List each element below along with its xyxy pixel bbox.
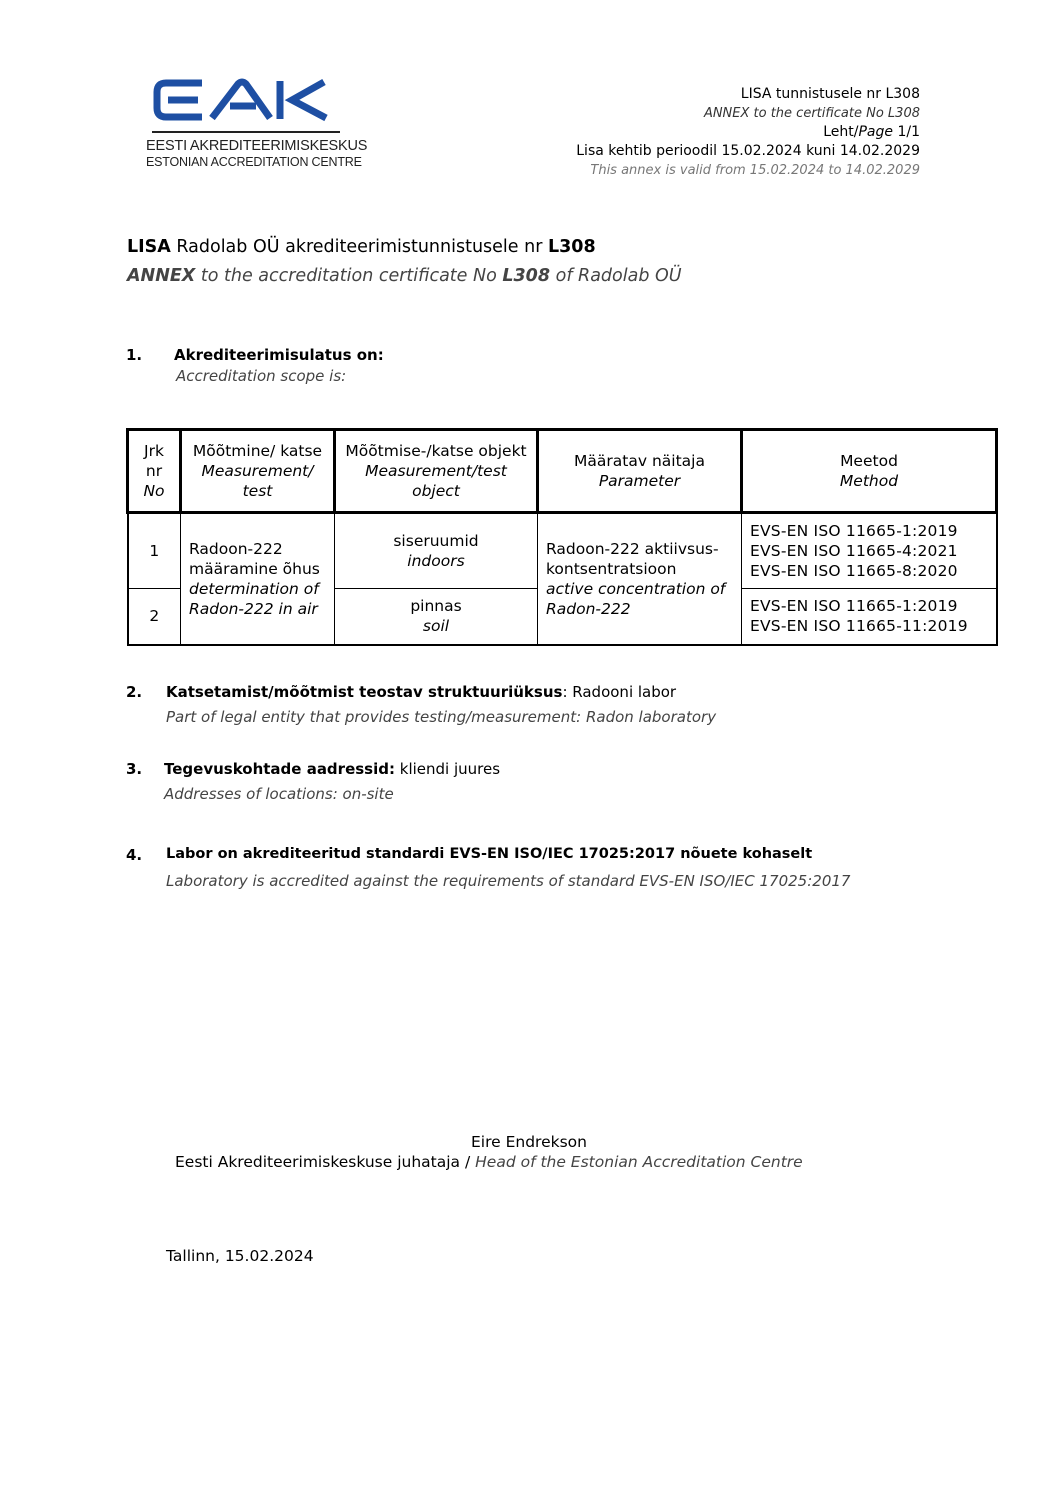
page-indicator: Leht/Page 1/1 xyxy=(576,123,920,142)
section-2-number: 2. xyxy=(126,683,142,701)
section-3-number: 3. xyxy=(126,760,142,778)
table-header-row: Jrk nrNo Mõõtmine/ katseMeasurement/ tes… xyxy=(128,430,997,513)
section-3-subtitle: Addresses of locations: on-site xyxy=(164,785,394,803)
table-row: 1 Radoon-222 määramine õhusdetermination… xyxy=(128,513,997,589)
validity-et: Lisa kehtib perioodil 15.02.2024 kuni 14… xyxy=(576,142,920,161)
section-1-heading: Akrediteerimisulatus on: xyxy=(174,346,384,364)
page-title-en: ANNEX to the accreditation certificate N… xyxy=(127,266,682,286)
logo-name-en: ESTONIAN ACCREDITATION CENTRE xyxy=(146,155,362,169)
validity-en: This annex is valid from 15.02.2024 to 1… xyxy=(576,161,920,180)
row-no: 2 xyxy=(128,589,181,645)
method-cell: EVS-EN ISO 11665-1:2019EVS-EN ISO 11665-… xyxy=(742,513,997,589)
accreditation-scope-table: Jrk nrNo Mõõtmine/ katseMeasurement/ tes… xyxy=(126,428,998,646)
section-4-number: 4. xyxy=(126,846,142,864)
method-cell: EVS-EN ISO 11665-1:2019EVS-EN ISO 11665-… xyxy=(742,589,997,645)
col-header-no: Jrk nrNo xyxy=(128,430,181,513)
measurement-cell: Radoon-222 määramine õhusdetermination o… xyxy=(181,513,335,645)
col-header-object: Mõõtmise-/katse objektMeasurement/test o… xyxy=(335,430,538,513)
signatory-name: Eire Endrekson xyxy=(0,1133,1058,1151)
logo-name-et: EESTI AKREDITEERIMISKESKUS xyxy=(146,138,367,154)
eak-logo: EESTI AKREDITEERIMISKESKUS ESTONIAN ACCR… xyxy=(152,78,352,122)
object-cell: pinnassoil xyxy=(335,589,538,645)
section-2-heading: Katsetamist/mõõtmist teostav struktuuriü… xyxy=(166,683,676,701)
section-1-number: 1. xyxy=(126,346,142,364)
section-4-heading: Labor on akrediteeritud standardi EVS-EN… xyxy=(166,846,812,862)
annex-label-et: LISA tunnistusele nr L308 xyxy=(576,85,920,104)
col-header-measurement: Mõõtmine/ katseMeasurement/ test xyxy=(181,430,335,513)
logo-rule xyxy=(152,131,340,133)
section-3-heading: Tegevuskohtade aadressid: kliendi juures xyxy=(164,760,500,778)
col-header-method: MeetodMethod xyxy=(742,430,997,513)
page-title-et: LISA Radolab OÜ akrediteerimistunnistuse… xyxy=(127,237,596,257)
signatory-role: Eesti Akrediteerimiskeskuse juhataja / H… xyxy=(175,1153,803,1171)
section-4-subtitle: Laboratory is accredited against the req… xyxy=(166,871,920,891)
row-no: 1 xyxy=(128,513,181,589)
eak-logo-mark-icon xyxy=(152,78,332,122)
object-cell: siseruumidindoors xyxy=(335,513,538,589)
section-1-subtitle: Accreditation scope is: xyxy=(176,367,346,385)
parameter-cell: Radoon-222 aktiivsus-kontsentratsioonact… xyxy=(538,513,742,645)
place-and-date: Tallinn, 15.02.2024 xyxy=(166,1247,314,1265)
section-2-subtitle: Part of legal entity that provides testi… xyxy=(166,708,716,726)
col-header-parameter: Määratav näitajaParameter xyxy=(538,430,742,513)
document-header: LISA tunnistusele nr L308 ANNEX to the c… xyxy=(576,85,920,180)
annex-label-en: ANNEX to the certificate No L308 xyxy=(576,104,920,123)
